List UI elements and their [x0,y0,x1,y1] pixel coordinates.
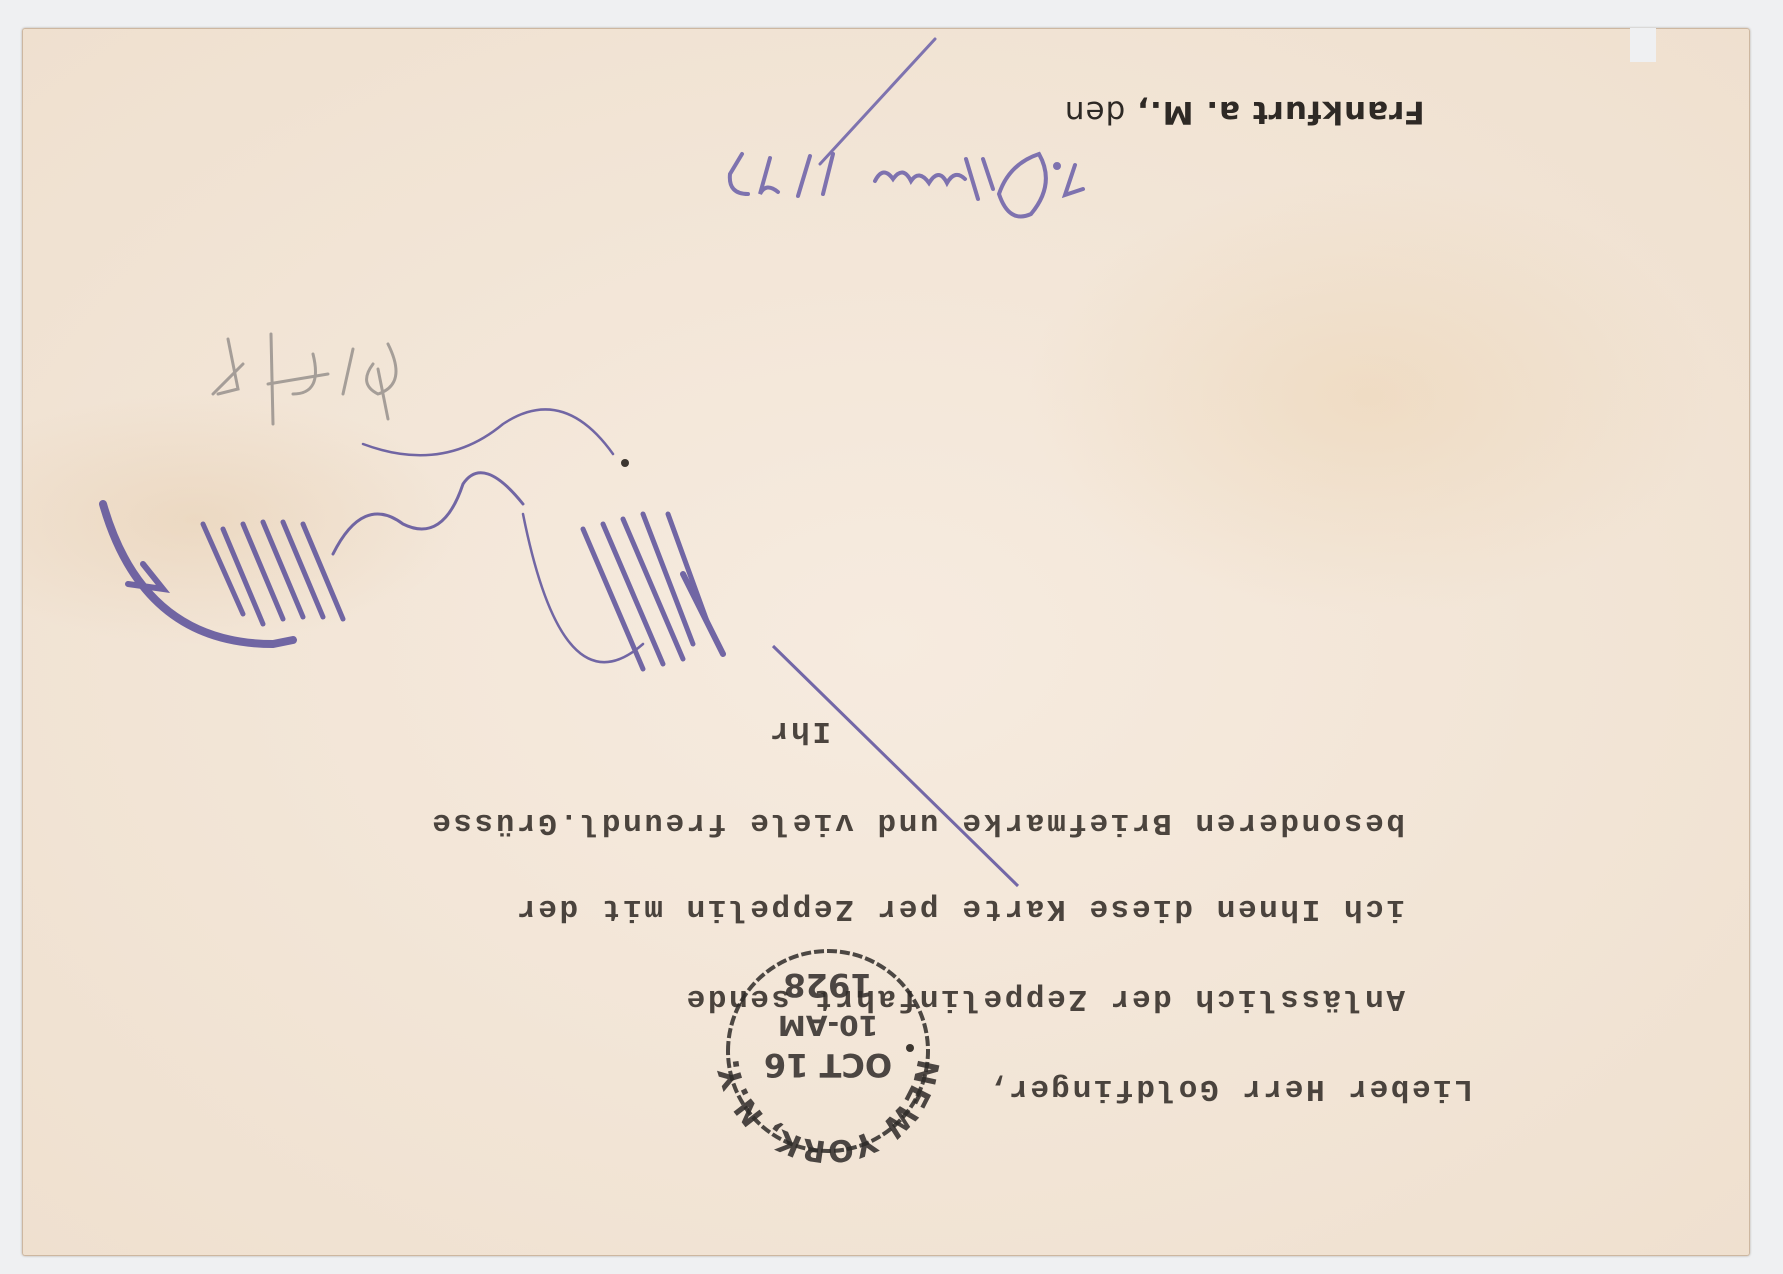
postmark-date: OCT 16 [764,1046,892,1084]
upside-down-content: Frankfurt a. M., den Lieber Herr Goldfin… [0,0,1783,1274]
signature [103,409,723,669]
pencil-notes [213,334,396,424]
postmark-year: 1928 [783,966,872,1004]
ink-dot [621,459,629,467]
postmark-time: 10-AM [778,1009,878,1042]
postmark: NEW YORK, N.Y. OCT 16 10-AM 1928 [713,936,943,1166]
pen-stroke [773,646,1018,886]
handwritten-date [730,39,1083,217]
